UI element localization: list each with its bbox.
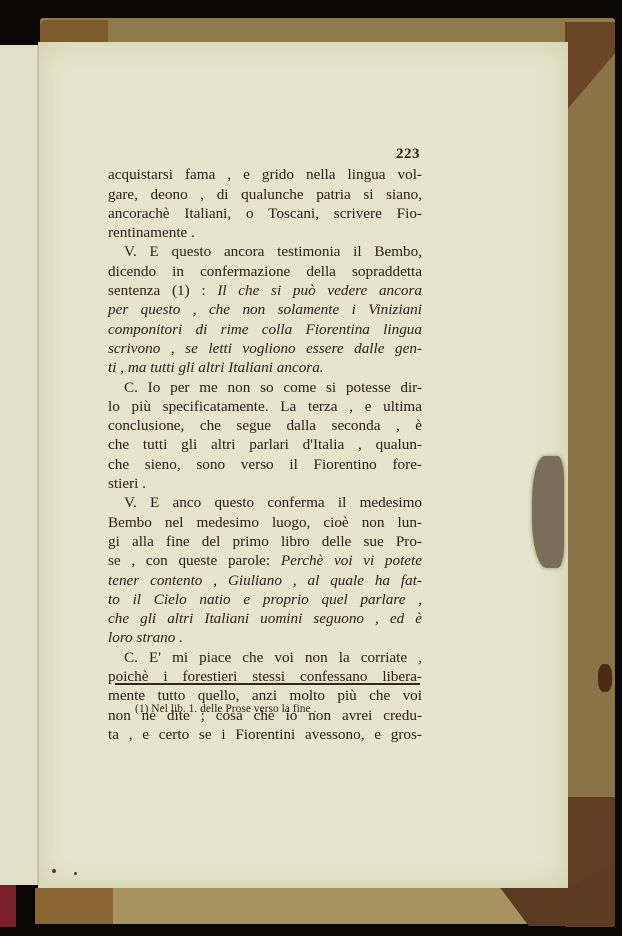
body-text: se , con queste parole:	[108, 552, 281, 569]
footnote: (1) Nel lib. 1. delle Prose verso la fin…	[135, 703, 316, 715]
body-text: conclusione, che segue dalla seconda , è	[108, 417, 422, 434]
body-text: gare, deono , di qualunche patria si sia…	[108, 186, 422, 203]
text-line: ancorachè Italiani, o Toscani, scrivere …	[108, 204, 422, 223]
gutter-line	[37, 45, 39, 885]
red-page-edge	[0, 885, 16, 927]
text-line: che tutti gli altri parlari d'Italia , q…	[108, 435, 422, 454]
italic-quote-text: Perchè voi vi potete	[281, 552, 422, 569]
body-text: dicendo in confermazione della sopraddet…	[108, 263, 422, 280]
body-text: C. E' mi piace che voi non la corriate ,	[124, 649, 422, 666]
body-text: rentinamente .	[108, 224, 195, 241]
cover-corner-top	[565, 22, 615, 112]
italic-quote-text: ti , ma tutti gli altri Italiani ancora.	[108, 359, 324, 376]
paper-stain	[532, 456, 564, 568]
text-line: se , con queste parole: Perchè voi vi po…	[108, 551, 422, 570]
italic-quote-text: to il Cielo natio e proprio quel parlare…	[108, 591, 422, 608]
text-line: lo più specificatamente. La terza , e ul…	[108, 397, 422, 416]
text-line: C. Io per me non so come si potesse dir-	[108, 378, 422, 397]
body-text: ta , e certo se i Fiorentini avessono, e…	[108, 726, 422, 743]
body-text: che tutti gli altri parlari d'Italia , q…	[108, 436, 422, 453]
footnote-rule	[115, 683, 420, 685]
body-text: C. Io per me non so come si potesse dir-	[124, 379, 422, 396]
body-text: mente tutto quello, anzi molto più che v…	[108, 687, 422, 704]
italic-quote-text: per questo , che non solamente i Vinizia…	[108, 301, 422, 318]
text-line: tener contento , Giuliano , al quale ha …	[108, 571, 422, 590]
text-line: ta , e certo se i Fiorentini avessono, e…	[108, 725, 422, 744]
text-line: sentenza (1) : Il che si può vedere anco…	[108, 281, 422, 300]
italic-quote-text: che gli altri Italiani uomini seguono , …	[108, 610, 422, 627]
book-cover-bottom-edge	[35, 888, 535, 924]
body-text: acquistarsi fama , e grido nella lingua …	[108, 166, 422, 183]
text-line: gi alla fine del primo libro delle sue P…	[108, 532, 422, 551]
text-line: V. E questo ancora testimonia il Bembo,	[108, 242, 422, 261]
text-line: stieri .	[108, 474, 422, 493]
text-line: conclusione, che segue dalla seconda , è	[108, 416, 422, 435]
italic-quote-text: Il che si può vedere ancora	[217, 282, 422, 299]
body-text: ancorachè Italiani, o Toscani, scrivere …	[108, 205, 422, 222]
text-line: scrivono , se letti vogliono essere dall…	[108, 339, 422, 358]
text-line: C. E' mi piace che voi non la corriate ,	[108, 648, 422, 667]
facing-page-edge	[0, 45, 41, 885]
text-line: V. E anco questo conferma il medesimo	[108, 493, 422, 512]
text-line: che sieno, sono verso il Fiorentino fore…	[108, 455, 422, 474]
text-line: rentinamente .	[108, 223, 422, 242]
text-line: per questo , che non solamente i Vinizia…	[108, 300, 422, 319]
italic-quote-text: scrivono , se letti vogliono essere dall…	[108, 340, 422, 357]
text-line: dicendo in confermazione della sopraddet…	[108, 262, 422, 281]
speck	[74, 872, 77, 875]
text-line: acquistarsi fama , e grido nella lingua …	[108, 165, 422, 184]
body-text: lo più specificatamente. La terza , e ul…	[108, 398, 422, 415]
book-cover-right-edge	[565, 22, 615, 927]
text-lines: acquistarsi fama , e grido nella lingua …	[108, 165, 422, 744]
text-line: componitori di rime colla Fiorentina lin…	[108, 320, 422, 339]
body-text: V. E anco questo conferma il medesimo	[124, 494, 422, 511]
page-text-block: 223 acquistarsi fama , e grido nella lin…	[108, 145, 422, 744]
text-line: che gli altri Italiani uomini seguono , …	[108, 609, 422, 628]
text-line: gare, deono , di qualunche patria si sia…	[108, 185, 422, 204]
body-text: che sieno, sono verso il Fiorentino fore…	[108, 456, 422, 473]
body-text: stieri .	[108, 475, 146, 492]
text-line: to il Cielo natio e proprio quel parlare…	[108, 590, 422, 609]
text-line: loro strano .	[108, 628, 422, 647]
italic-quote-text: componitori di rime colla Fiorentina lin…	[108, 321, 422, 338]
cover-stain	[598, 664, 612, 692]
body-text: sentenza (1) :	[108, 282, 217, 299]
body-text: V. E questo ancora testimonia il Bembo,	[124, 243, 422, 260]
text-line: ti , ma tutti gli altri Italiani ancora.	[108, 358, 422, 377]
italic-quote-text: loro strano .	[108, 629, 183, 646]
italic-quote-text: tener contento , Giuliano , al quale ha …	[108, 572, 422, 589]
text-line: Bembo nel medesimo luogo, cioè non lun-	[108, 513, 422, 532]
body-text: gi alla fine del primo libro delle sue P…	[108, 533, 422, 550]
page-number: 223	[108, 145, 422, 164]
cover-leather-patch-bottom	[35, 888, 113, 924]
speck	[52, 869, 56, 873]
body-text: Bembo nel medesimo luogo, cioè non lun-	[108, 514, 422, 531]
